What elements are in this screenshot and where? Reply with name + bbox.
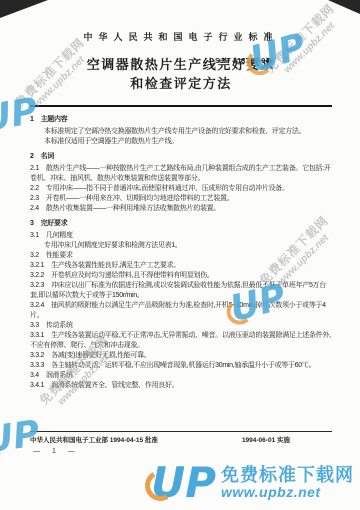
clause: 3.4.1润滑系统装置齐全、管线完整、作用良好。 xyxy=(30,381,332,391)
clause-number: 2 xyxy=(30,152,34,162)
clause: 2.3开卷机——一种用来在冲、切期间均匀地进给带料的工艺装置。 xyxy=(30,194,332,204)
clause: 3.2.3冲床应以出厂标准为依据进行检测,或以安装调试验收性能为依据,但最低不低… xyxy=(30,281,332,301)
logo-letter-p: P xyxy=(185,458,216,507)
clause-number: 3.4 xyxy=(30,371,39,381)
clause-number: 3.1 xyxy=(30,231,39,241)
clause-text: 传动系统 xyxy=(46,322,73,329)
section-heading: 3完好要求 xyxy=(30,219,332,229)
logo-letter-u: U xyxy=(151,458,185,507)
clause-number: 3.2.3 xyxy=(30,281,44,291)
clause-number: 3.3 xyxy=(30,321,39,331)
clause-number: 2.2 xyxy=(30,184,39,194)
clause-text: 主题内容 xyxy=(41,116,68,123)
clause: 3.4润滑系统 xyxy=(30,371,332,381)
clause-text: 开卷机应及时均匀递给带料,且不得使带料有明显划伤。 xyxy=(51,272,213,279)
clause-text: 生产线各装置性能良好,满足生产工艺要求。 xyxy=(51,262,180,269)
clause-text: 专用冲床——指不同于普通冲床,而使原材料通过冲、压成形的专用自动冲片设备。 xyxy=(46,185,289,192)
title-line-2: 和检查评定方法 xyxy=(30,75,332,92)
section-heading: 1主题内容 xyxy=(30,115,332,125)
clause-text: 名词 xyxy=(41,153,54,160)
clause: 3.3传动系统 xyxy=(30,321,332,331)
clause-number: 2.3 xyxy=(30,194,39,204)
brand-site-name: 免费标准下载网 xyxy=(221,466,354,485)
clause-number: 3.2.1 xyxy=(30,261,44,271)
clause: 3.3.2各减(变)速器完好无损,性能可靠。 xyxy=(30,351,332,361)
clause: 2.1散热片生产线——一种按散热片生产工艺路线布局,由几种装置组合成的生产工艺装… xyxy=(30,164,332,184)
clause-number: 3 xyxy=(30,219,34,229)
clause-text: 性能要求 xyxy=(46,252,73,259)
brand-site-url: www.upbz.net xyxy=(221,485,354,500)
upbz-brand-lockup: UP 免费标准下载网 www.upbz.net xyxy=(151,464,354,502)
clause-number: 2.4 xyxy=(30,204,39,214)
upbz-logo-icon: UP xyxy=(151,464,216,502)
clause: 3.2.4抽风机的吸附能力以满足生产产品吸附能力为准,检查时,开机5~10min… xyxy=(30,301,332,321)
clause: 3.1几何精度 xyxy=(30,231,332,241)
paragraph: 专用冲床几何精度完好要求和检测方法见表1。 xyxy=(30,241,332,251)
clause-number: 3.2 xyxy=(30,251,39,261)
clause: 3.2.2开卷机应及时均匀递给带料,且不得使带料有明显划伤。 xyxy=(30,271,332,281)
standard-number: SJ/T 31371—94 xyxy=(215,56,270,65)
clause: 3.3.1生产线各装置运动平稳,无不正常冲击,无异常振动、噪音。以液压驱动的装置… xyxy=(30,331,332,351)
clause-text: 各减(变)速器完好无损,性能可靠。 xyxy=(51,352,151,359)
document-title: 空调器散热片生产线完好要求 和检查评定方法 xyxy=(30,56,332,92)
clause: 2.2专用冲床——指不同于普通冲床,而使原材料通过冲、压成形的专用自动冲片设备。 xyxy=(30,184,332,194)
clause-text: 本标准仅适用于空调器生产的散热片生产线。 xyxy=(44,138,178,145)
clause-number: 3.3.1 xyxy=(30,331,44,341)
clause-number: 3.2.2 xyxy=(30,271,44,281)
clause: 2.4散热片收集装置——一种利用堆垛方法收集散热片的装置。 xyxy=(30,204,332,214)
clause-text: 润滑系统 xyxy=(46,372,73,379)
clause-text: 完好要求 xyxy=(41,220,68,227)
clause-text: 生产线各装置运动平稳,无不正常冲击,无异常振动、噪音。以液压驱动的装置除满足上述… xyxy=(30,332,331,349)
standard-body: 1主题内容 本标准规定了空调冷热交换器散热片生产线专用生产设备的完好要求和检查、… xyxy=(30,115,332,391)
paragraph: 本标准仅适用于空调器生产的散热片生产线。 xyxy=(30,137,332,147)
clause-number: 2.1 xyxy=(30,164,39,174)
brand-text: 免费标准下载网 www.upbz.net xyxy=(221,466,354,500)
clause: 3.3.3各主轴转动灵活、运转平稳,不应出现噪音现象,机器运行30min,轴承温… xyxy=(30,361,332,371)
clause-text: 开卷机——一种用来在冲、切期间均匀地进给带料的工艺装置。 xyxy=(46,195,234,202)
clause-text: 本标准规定了空调冷热交换器散热片生产线专用生产设备的完好要求和检查、评定方法。 xyxy=(44,128,305,135)
clause-text: 各主轴转动灵活、运转平稳,不应出现噪音现象,机器运行30min,轴承温升小于或等… xyxy=(51,362,315,369)
document-content: 中华人民共和国电子行业标准 空调器散热片生产线完好要求 和检查评定方法 SJ/T… xyxy=(0,0,360,510)
clause-text: 专用冲床几何精度完好要求和检测方法见表1。 xyxy=(44,242,182,249)
issuing-org-line: 中华人民共和国电子行业标准 xyxy=(30,30,332,43)
title-line-1: 空调器散热片生产线完好要求 xyxy=(30,56,332,73)
clause-number: 3.2.4 xyxy=(30,301,44,311)
clause-number: 3.4.1 xyxy=(30,381,44,391)
clause-number: 3.3.2 xyxy=(30,351,44,361)
scanned-standard-page: 中华人民共和国电子行业标准 空调器散热片生产线完好要求 和检查评定方法 SJ/T… xyxy=(0,0,360,510)
clause-text: 抽风机的吸附能力以满足生产产品吸附能力为准,检查时,开机5~10min,掉片次数… xyxy=(30,302,326,319)
clause-text: 散热片生产线——一种按散热片生产工艺路线布局,由几种装置组合成的生产工艺装备。它… xyxy=(30,165,331,182)
clause-text: 散热片收集装置——一种利用堆垛方法收集散热片的装置。 xyxy=(46,205,220,212)
clause-text: 冲床应以出厂标准为依据进行检测,或以安装调试验收性能为依据,但最低不低于单班年产… xyxy=(30,282,326,299)
clause-number: 3.3.3 xyxy=(30,361,44,371)
section-heading: 2名词 xyxy=(30,152,332,162)
clause: 3.2性能要求 xyxy=(30,251,332,261)
clause-text: 几何精度 xyxy=(46,232,73,239)
clause: 3.2.1生产线各装置性能良好,满足生产工艺要求。 xyxy=(30,261,332,271)
clause-number: 1 xyxy=(30,115,34,125)
header-divider xyxy=(30,105,332,107)
clause-text: 润滑系统装置齐全、管线完整、作用良好。 xyxy=(51,382,178,389)
paragraph: 本标准规定了空调冷热交换器散热片生产线专用生产设备的完好要求和检查、评定方法。 xyxy=(30,127,332,137)
